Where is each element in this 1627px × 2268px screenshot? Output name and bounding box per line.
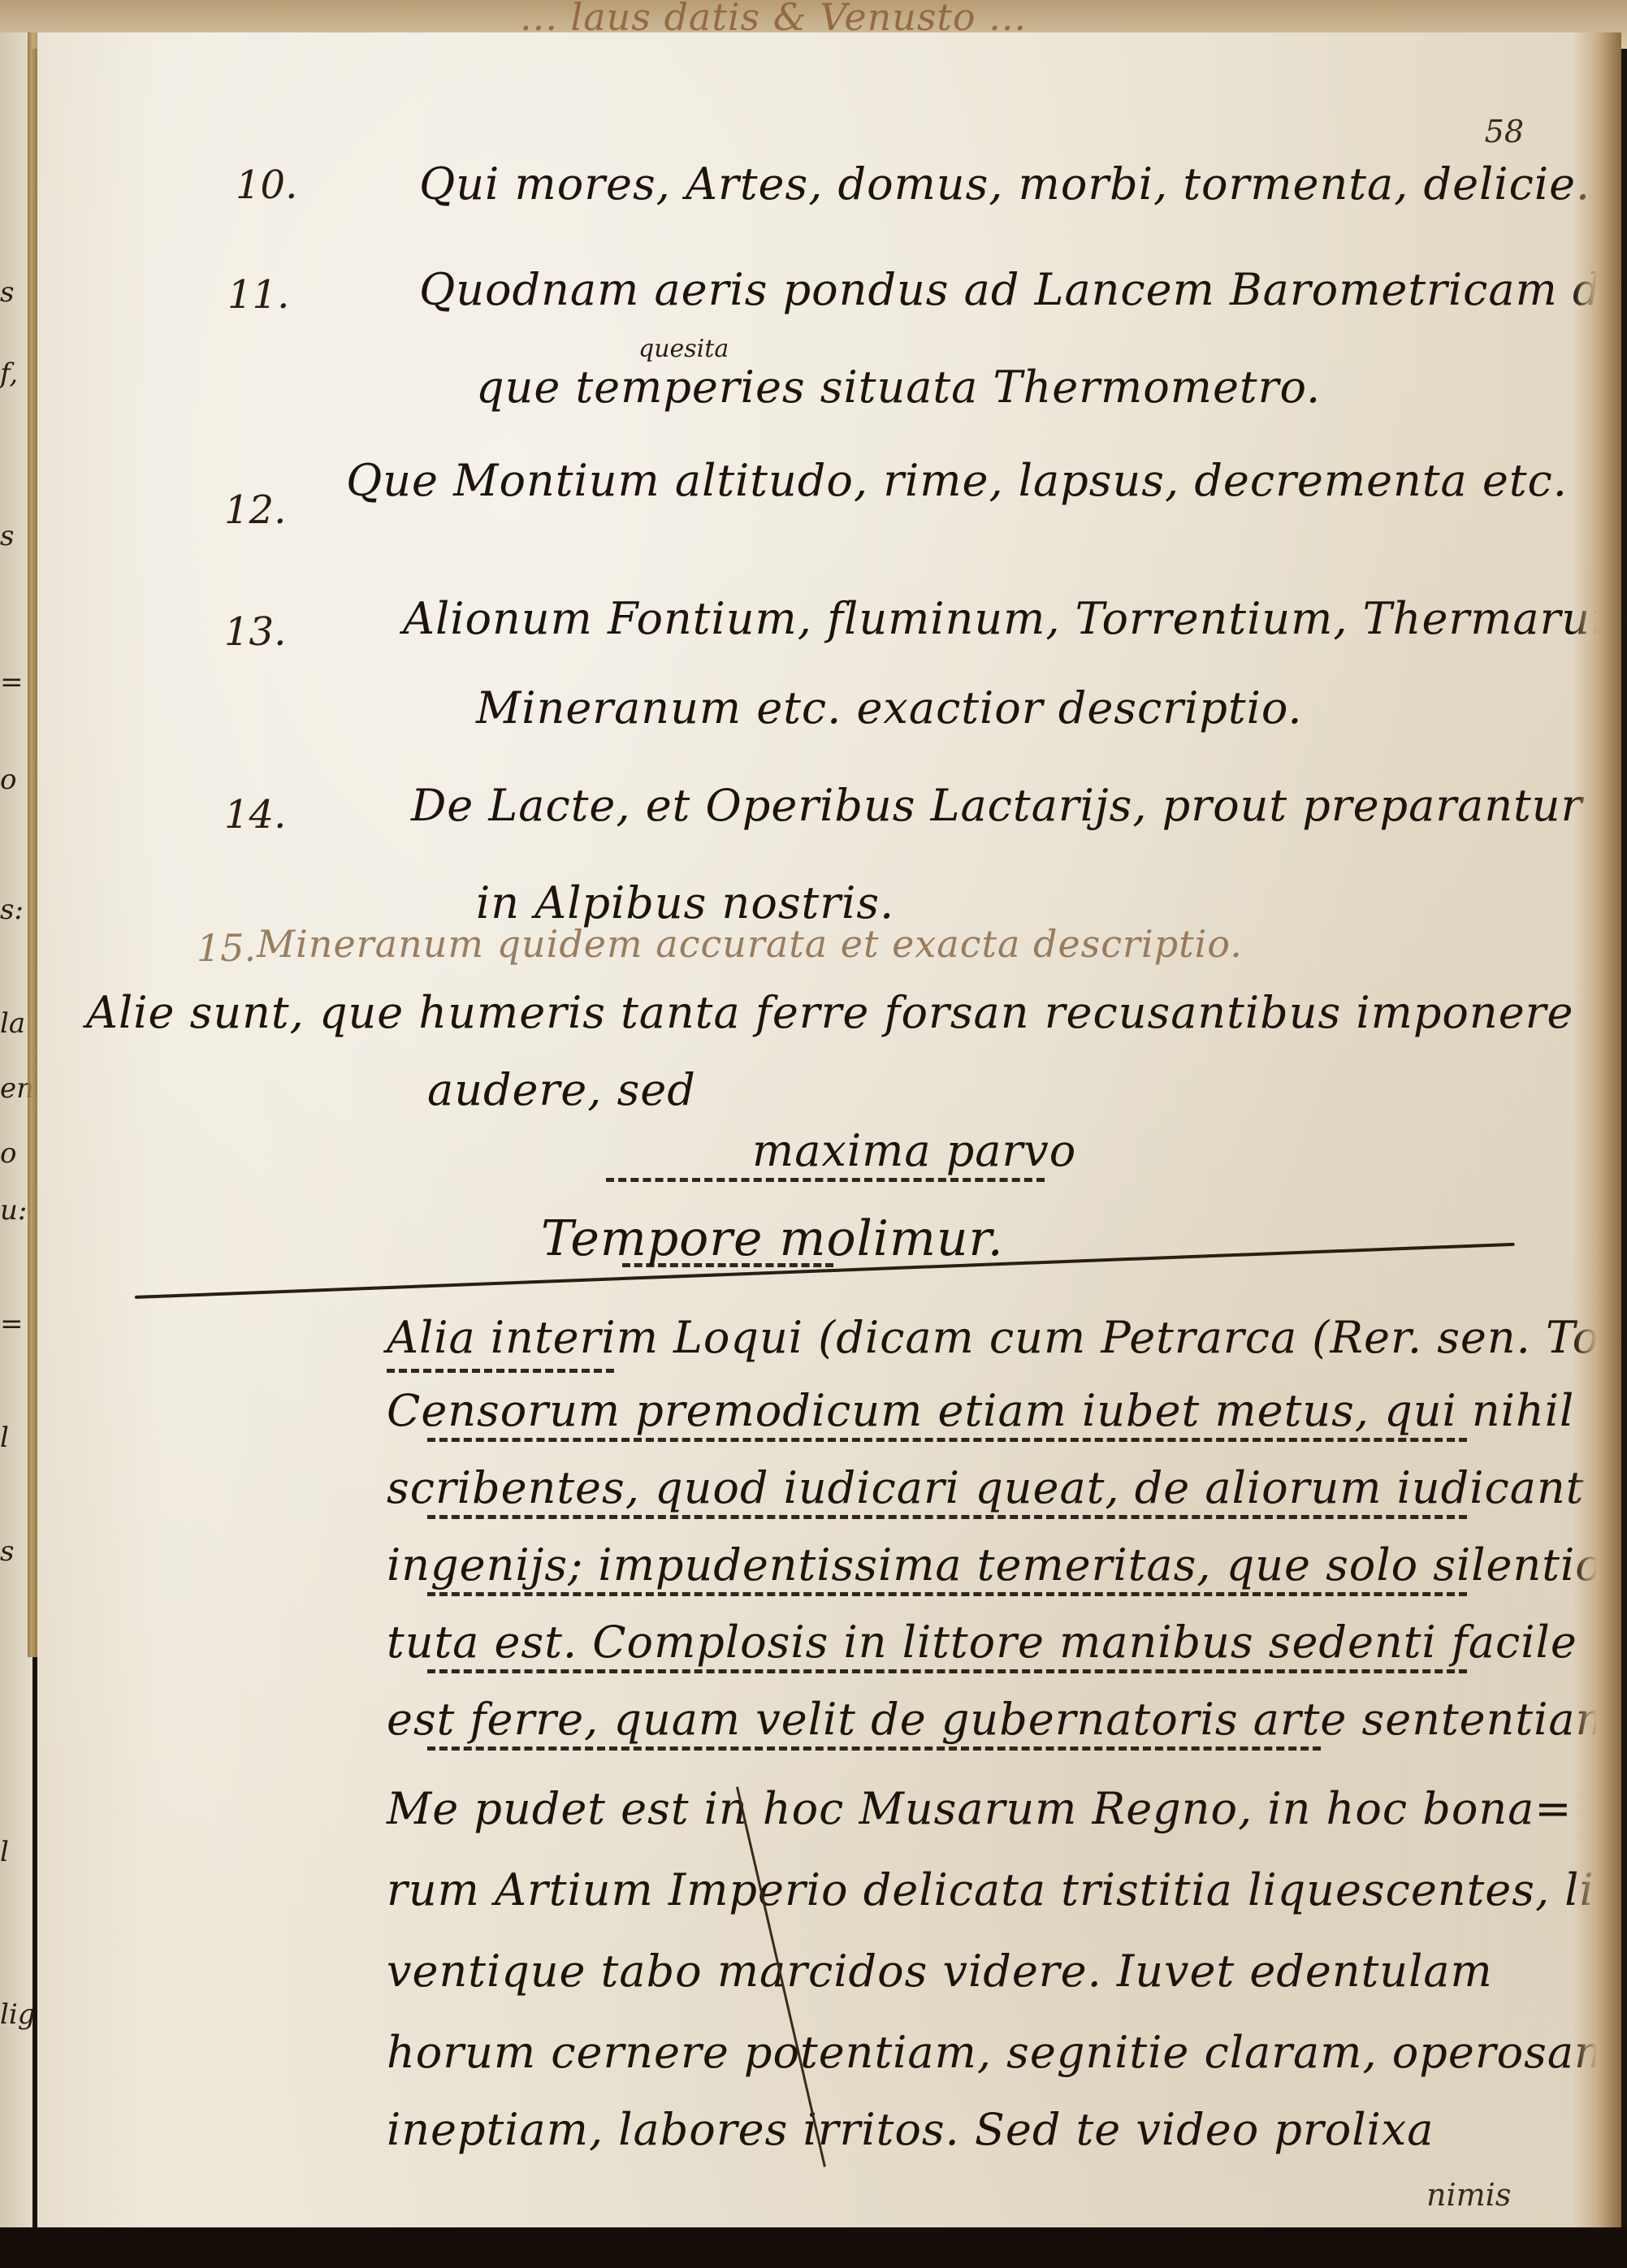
folio-number: 58 [1485, 114, 1524, 149]
paragraph-line: Tempore molimur. [541, 1210, 1004, 1267]
left-page-fragment: la [0, 1007, 25, 1040]
item-line: De Lacte, et Operibus Lactarijs, prout p… [411, 780, 1582, 831]
paragraph-line: tuta est. Complosis in littore manibus s… [387, 1617, 1577, 1668]
interlinear-insertion: quesita [638, 335, 729, 363]
dashed-underline [427, 1592, 1467, 1596]
item-number: 12. [224, 487, 286, 533]
paragraph-line: est ferre, quam velit de gubernatoris ar… [387, 1694, 1627, 1745]
left-page-fragment: lig [0, 1998, 32, 2031]
dashed-underline [427, 1438, 1467, 1442]
paragraph-line: Me pudet est in hoc Musarum Regno, in ho… [387, 1783, 1573, 1834]
paragraph-line: audere, sed [427, 1064, 696, 1115]
paragraph-line: rum Artium Imperio delicata tristitia li… [387, 1864, 1627, 1915]
left-page-fragment: o [0, 1137, 16, 1170]
item-line: Mineranum etc. exactior descriptio. [476, 682, 1303, 734]
left-page-fragment: s [0, 1535, 14, 1568]
item-line: Alionum Fontium, fluminum, Torrentium, T… [403, 593, 1627, 644]
left-page-fragment: l [0, 1422, 9, 1454]
left-page-fragment: = [0, 666, 24, 699]
dashed-underline [427, 1746, 1321, 1751]
dashed-underline [606, 1178, 1045, 1182]
paragraph-line: Alia interim Loqui (dicam cum Petrarca (… [387, 1312, 1627, 1363]
left-page-fragment: u: [0, 1194, 27, 1227]
dashed-underline [387, 1369, 614, 1373]
left-page-fragment: = [0, 1308, 24, 1340]
dashed-underline [427, 1669, 1467, 1673]
paragraph-line: ineptiam, labores irritos. Sed te video … [387, 2104, 1434, 2155]
item-line: que temperies situata Thermometro. [476, 361, 1321, 413]
left-page-fragment: s [0, 276, 14, 309]
item-number-faint: 15. [197, 926, 256, 970]
left-page-fragment: l [0, 1836, 9, 1868]
item-line: Que Montium altitudo, rime, lapsus, decr… [346, 455, 1568, 506]
background-bottom [0, 2227, 1627, 2268]
item-number: 11. [227, 272, 289, 318]
item-number: 14. [224, 792, 286, 838]
paragraph-line: ventique tabo marcidos videre. Iuvet ede… [387, 1946, 1493, 1997]
item-line-faint: Mineranum quidem accurata et exacta desc… [257, 922, 1243, 966]
paragraph-line: horum cernere potentiam, segnitie claram… [387, 2027, 1616, 2078]
paragraph-line: scribentes, quod iudicari queat, de alio… [387, 1462, 1584, 1513]
left-page-fragment: s [0, 520, 14, 552]
left-page-fragment: f, [0, 357, 18, 390]
paragraph-line: Censorum premodicum etiam iubet metus, q… [387, 1385, 1574, 1436]
dashed-underline [622, 1263, 833, 1267]
left-page-fragment: o [0, 764, 16, 796]
item-line: Quodnam aeris pondus ad Lancem Barometri… [419, 264, 1627, 315]
item-line: Qui mores, Artes, domus, morbi, tormenta… [419, 158, 1590, 210]
catchword: nimis [1426, 2177, 1511, 2213]
manuscript-page: 58 10. Qui mores, Artes, domus, morbi, t… [37, 32, 1597, 2258]
item-line: in Alpibus nostris. [476, 877, 894, 928]
paragraph-line: ingenijs; impudentissima temeritas, que … [387, 1539, 1603, 1591]
item-number: 13. [224, 609, 286, 655]
dashed-underline [427, 1515, 1467, 1519]
paragraph-line: Alie sunt, que humeris tanta ferre forsa… [86, 987, 1573, 1038]
left-page-fragment: s: [0, 894, 24, 926]
item-number: 10. [236, 162, 297, 208]
paragraph-line: maxima parvo [752, 1125, 1076, 1176]
